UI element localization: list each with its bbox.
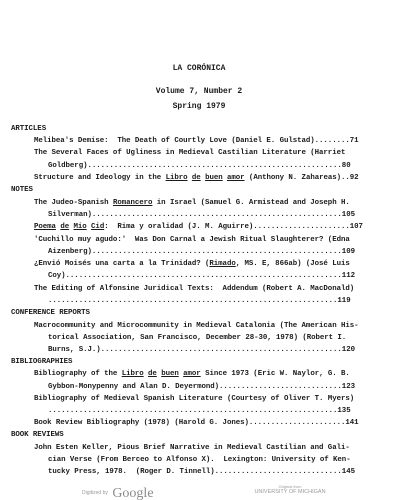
toc-entry-continuation: ........................................…: [48, 407, 351, 416]
toc-entry: Macrocommunity and Microcommunity in Med…: [34, 322, 359, 331]
toc-entry: The Editing of Alfonsine Juridical Texts…: [34, 285, 354, 294]
section-heading-conference-reports: CONFERENCE REPORTS: [11, 309, 90, 318]
underlined-title: Cid: [91, 223, 104, 231]
underlined-title: de: [60, 223, 69, 231]
toc-entry-continuation: cian Verse (From Berceo to Alfonso X). L…: [48, 456, 351, 465]
section-heading-book-reviews: BOOK REVIEWS: [11, 431, 64, 440]
entry-text: The Judeo-Spanish: [34, 199, 113, 207]
digitized-prefix: Digitized by: [82, 490, 108, 496]
entry-text: (Anthony N. Zahareas)..92: [245, 174, 359, 182]
underlined-title: Rimado: [209, 260, 235, 268]
toc-entry: ¿Envió Moisés una carta a la Trinidad? (…: [34, 260, 350, 269]
entry-text: , MS. E, 866ab) (José Luis: [236, 260, 350, 268]
toc-entry-continuation: torical Association, San Francisco, Dece…: [48, 334, 346, 343]
toc-entry-continuation: Burns, S.J.)............................…: [48, 346, 355, 355]
toc-entry-continuation: Aizenberg)..............................…: [48, 248, 355, 257]
journal-title: LA CORÓNICA: [0, 64, 398, 73]
toc-entry: The Several Faces of Ugliness in Medieva…: [34, 149, 345, 158]
toc-entry: The Judeo-Spanish Romancero in Israel (S…: [34, 199, 350, 208]
entry-text: ¿Envió Moisés una carta a la Trinidad? (: [34, 260, 209, 268]
original-from-watermark: Original from UNIVERSITY OF MICHIGAN: [250, 484, 330, 495]
toc-entry: Bibliography of Medieval Spanish Literat…: [34, 395, 354, 404]
toc-entry: Structure and Ideology in the Libro de b…: [34, 174, 359, 183]
institution-name: UNIVERSITY OF MICHIGAN: [250, 489, 330, 495]
section-heading-bibliographies: BIBLIOGRAPHIES: [11, 358, 72, 367]
toc-entry: Melibea's Demise: The Death of Courtly L…: [34, 137, 359, 146]
entry-text: : Rima y oralidad (J. M. Aguirre).......…: [104, 223, 363, 231]
issue-season: Spring 1979: [0, 102, 398, 111]
entry-text: Bibliography of the: [34, 370, 122, 378]
toc-entry-continuation: tucky Press, 1978. (Roger D. Tinnell)...…: [48, 468, 355, 477]
toc-entry-continuation: ........................................…: [48, 297, 351, 306]
toc-entry-continuation: Gybbon-Monypenny and Alan D. Deyermond).…: [48, 383, 355, 392]
underlined-title: Romancero: [113, 199, 152, 207]
toc-entry: John Esten Keller, Pious Brief Narrative…: [34, 444, 350, 453]
entry-text: Structure and Ideology in the: [34, 174, 166, 182]
volume-number: Volume 7, Number 2: [0, 87, 398, 96]
toc-entry-continuation: Goldberg)...............................…: [48, 162, 351, 171]
google-logo: Google: [112, 486, 153, 500]
digitized-by-google-watermark: Digitized by Google: [82, 484, 154, 500]
toc-entry: Book Review Bibliography (1978) (Harold …: [34, 419, 359, 428]
toc-entry: Bibliography of the Libro de buen amor S…: [34, 370, 350, 379]
underlined-title: buen: [205, 174, 223, 182]
toc-entry: 'Cuchillo muy agudo:' Was Don Carnal a J…: [34, 236, 350, 245]
section-heading-notes: NOTES: [11, 186, 33, 195]
table-of-contents-page: LA CORÓNICA Volume 7, Number 2 Spring 19…: [0, 0, 398, 500]
entry-text: Since 1973 (Eric W. Naylor, G. B.: [201, 370, 350, 378]
underlined-title: Poema: [34, 223, 56, 231]
underlined-title: Libro: [122, 370, 144, 378]
entry-text: in Israel (Samuel G. Armistead and Josep…: [152, 199, 349, 207]
underlined-title: amor: [227, 174, 245, 182]
toc-entry-continuation: Silverman)..............................…: [48, 211, 355, 220]
underlined-title: amor: [183, 370, 201, 378]
underlined-title: de: [192, 174, 201, 182]
underlined-title: buen: [161, 370, 179, 378]
underlined-title: Mio: [74, 223, 87, 231]
toc-entry-continuation: Coy)....................................…: [48, 272, 355, 281]
underlined-title: Libro: [166, 174, 188, 182]
section-heading-articles: ARTICLES: [11, 125, 46, 134]
underlined-title: de: [148, 370, 157, 378]
toc-entry: Poema de Mio Cid: Rima y oralidad (J. M.…: [34, 223, 363, 232]
